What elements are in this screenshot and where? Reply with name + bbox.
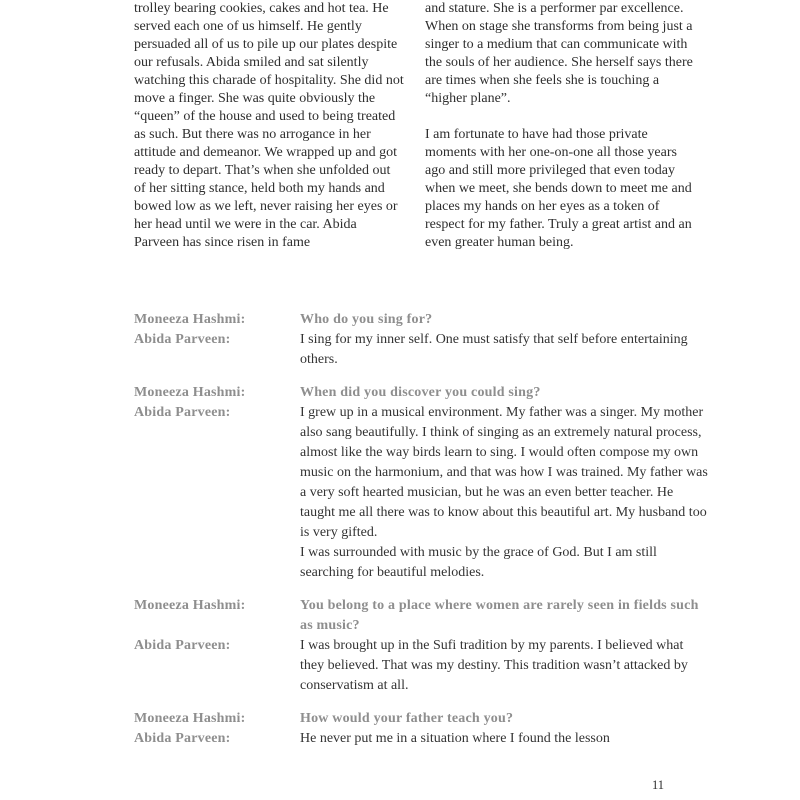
right-column: and stature. She is a performer par exce… [425, 0, 696, 252]
question-row: Moneeza Hashmi: Who do you sing for? [134, 310, 712, 330]
answer-row: Abida Parveen: I grew up in a musical en… [134, 403, 712, 583]
right-column-paragraph-2: I am fortunate to have had those private… [425, 126, 696, 252]
answer-text: I sing for my inner self. One must satis… [300, 330, 710, 370]
interviewee-label: Abida Parveen: [134, 330, 300, 370]
question-row: Moneeza Hashmi: You belong to a place wh… [134, 596, 712, 636]
interviewee-label: Abida Parveen: [134, 403, 300, 583]
answer-row: Abida Parveen: I was brought up in the S… [134, 636, 712, 696]
question-row: Moneeza Hashmi: How would your father te… [134, 709, 712, 729]
narrative-columns: trolley bearing cookies, cakes and hot t… [134, 0, 696, 252]
qa-block: Moneeza Hashmi: How would your father te… [134, 709, 712, 749]
interviewer-label: Moneeza Hashmi: [134, 596, 300, 636]
interviewer-label: Moneeza Hashmi: [134, 310, 300, 330]
question-text: When did you discover you could sing? [300, 383, 710, 403]
left-column: trolley bearing cookies, cakes and hot t… [134, 0, 405, 252]
qa-block: Moneeza Hashmi: When did you discover yo… [134, 383, 712, 583]
question-row: Moneeza Hashmi: When did you discover yo… [134, 383, 712, 403]
page-number: 11 [652, 778, 664, 793]
interviewer-label: Moneeza Hashmi: [134, 709, 300, 729]
answer-text: I grew up in a musical environment. My f… [300, 403, 710, 583]
answer-text: He never put me in a situation where I f… [300, 729, 710, 749]
right-column-paragraph-1: and stature. She is a performer par exce… [425, 0, 696, 108]
question-text: You belong to a place where women are ra… [300, 596, 710, 636]
qa-block: Moneeza Hashmi: Who do you sing for? Abi… [134, 310, 712, 370]
interviewee-label: Abida Parveen: [134, 729, 300, 749]
answer-row: Abida Parveen: I sing for my inner self.… [134, 330, 712, 370]
interview-section: Moneeza Hashmi: Who do you sing for? Abi… [134, 310, 712, 762]
answer-text: I was brought up in the Sufi tradition b… [300, 636, 710, 696]
question-text: How would your father teach you? [300, 709, 710, 729]
qa-block: Moneeza Hashmi: You belong to a place wh… [134, 596, 712, 696]
interviewer-label: Moneeza Hashmi: [134, 383, 300, 403]
interviewee-label: Abida Parveen: [134, 636, 300, 696]
left-column-paragraph: trolley bearing cookies, cakes and hot t… [134, 0, 405, 252]
question-text: Who do you sing for? [300, 310, 710, 330]
book-page: trolley bearing cookies, cakes and hot t… [0, 0, 800, 800]
answer-row: Abida Parveen: He never put me in a situ… [134, 729, 712, 749]
